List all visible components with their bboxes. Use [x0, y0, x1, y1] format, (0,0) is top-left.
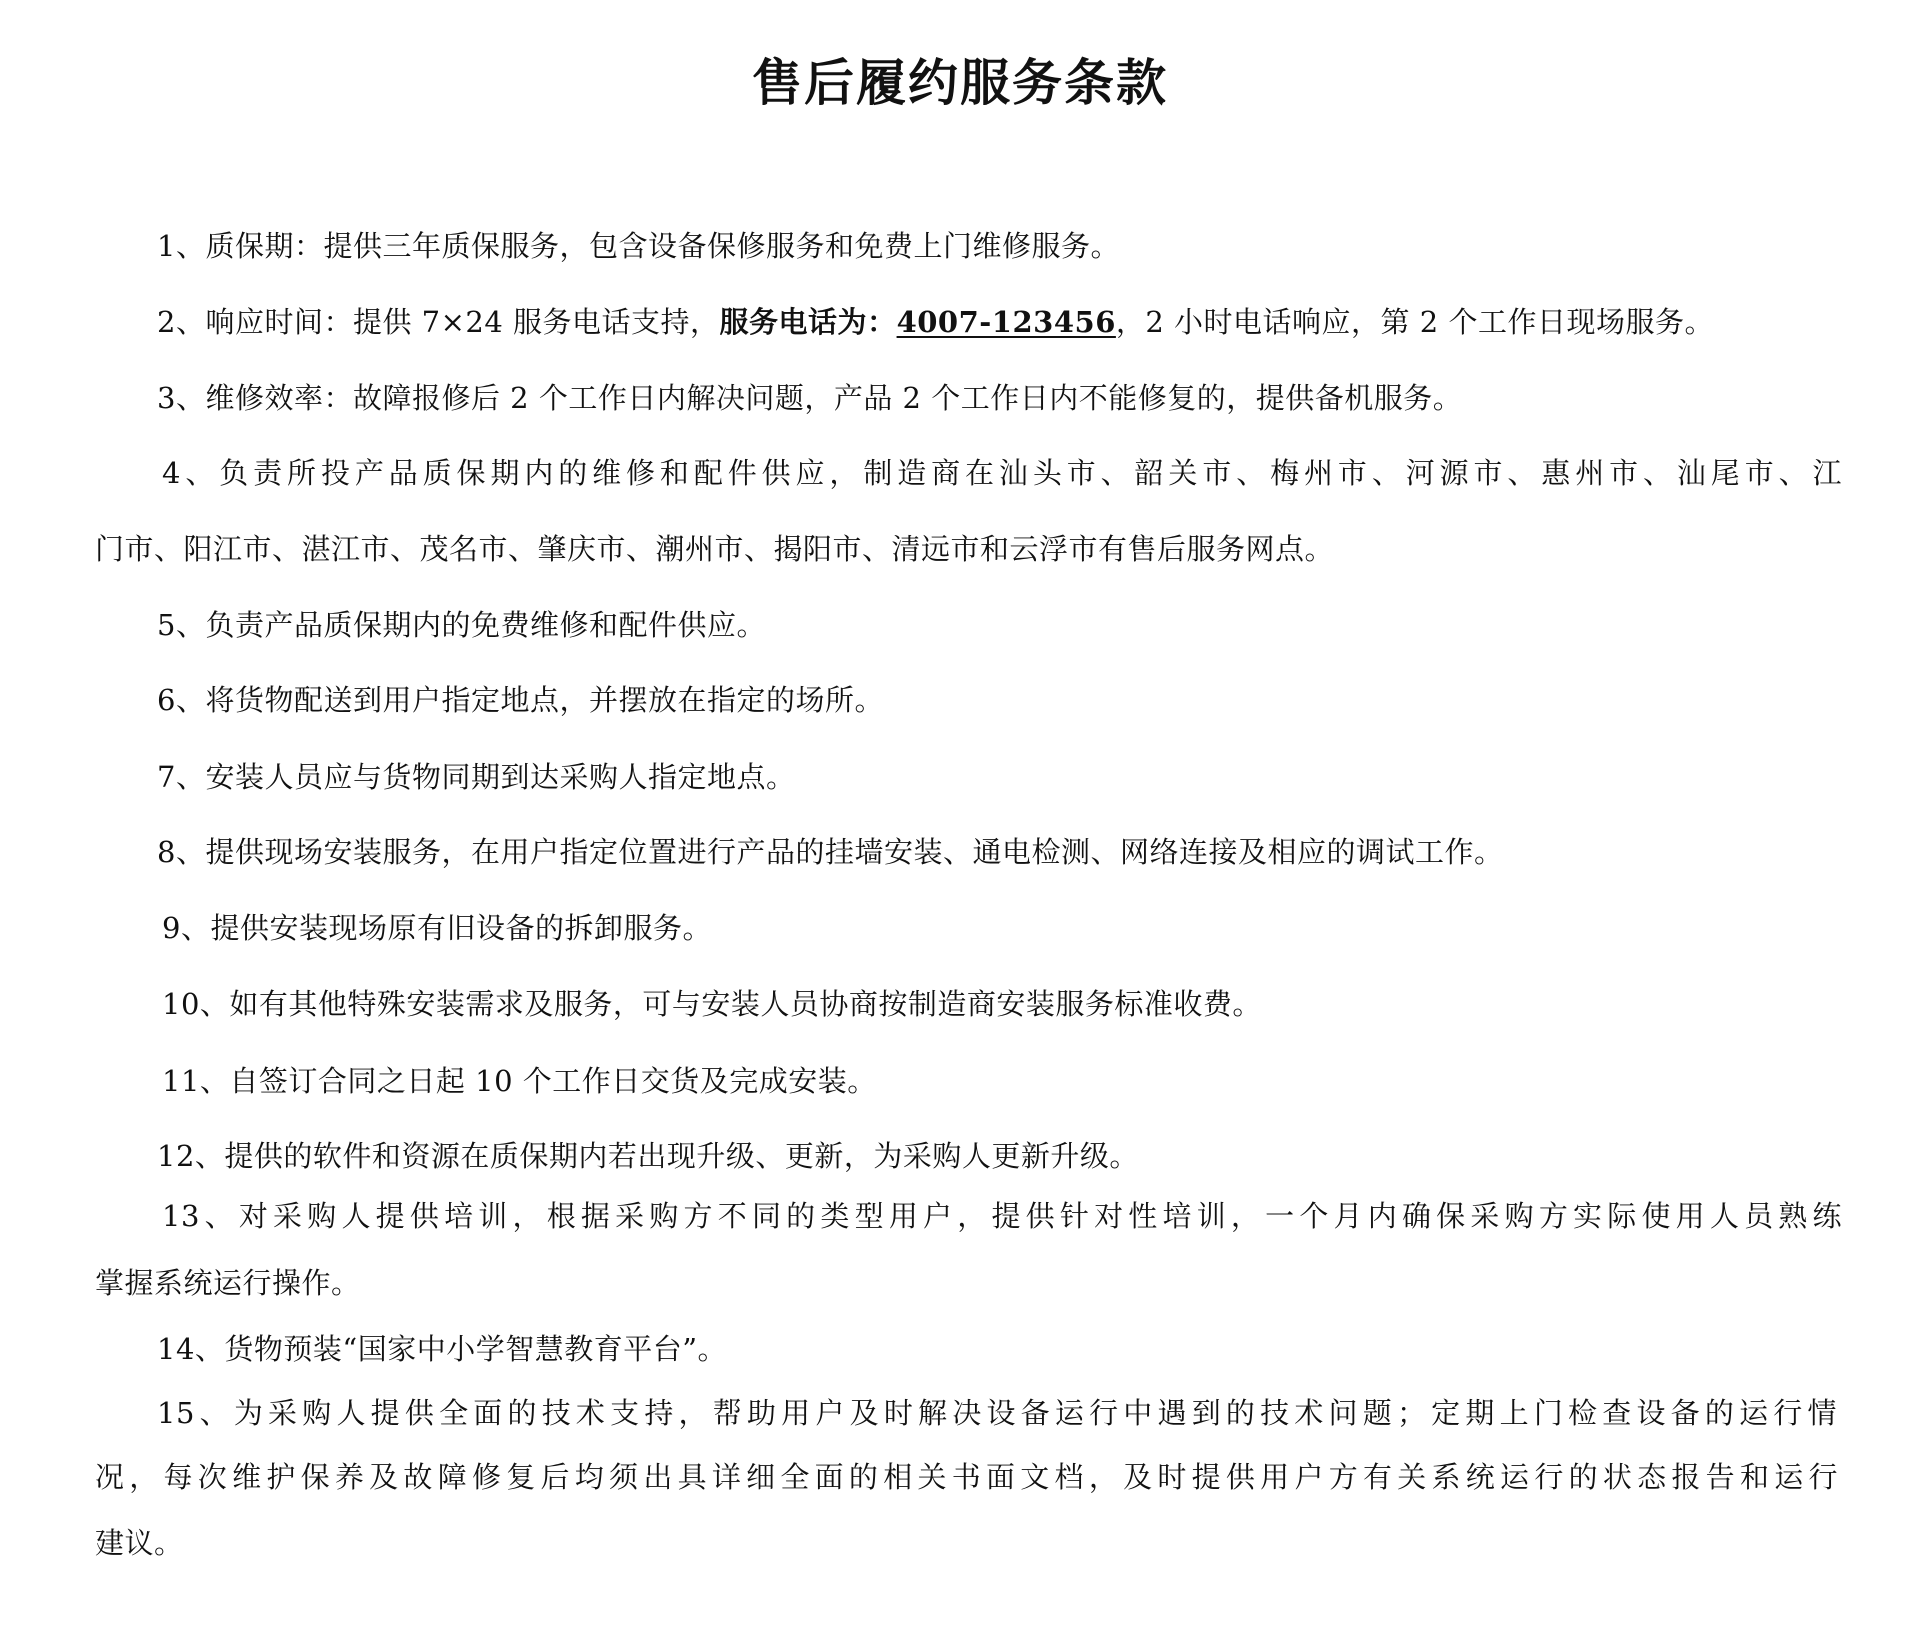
clause-2-text: 2、响应时间：提供 7×24 服务电话支持， — [157, 305, 720, 339]
clause-13-line-2: 掌握系统运行操作。 — [95, 1263, 361, 1303]
clause-4-line-1: 4、负责所投产品质保期内的维修和配件供应，制造商在汕头市、韶关市、梅州市、河源市… — [162, 453, 1842, 493]
clause-2-suffix: ，2 小时电话响应，第 2 个工作日现场服务。 — [1116, 305, 1714, 339]
document-title: 售后履约服务条款 — [0, 50, 1920, 116]
service-phone-number: 4007-123456 — [897, 305, 1116, 339]
clause-8: 8、提供现场安装服务，在用户指定位置进行产品的挂墙安装、通电检测、网络连接及相应… — [157, 832, 1503, 872]
clause-3: 3、维修效率：故障报修后 2 个工作日内解决问题，产品 2 个工作日内不能修复的… — [157, 378, 1462, 418]
clause-15-line-2: 况，每次维护保养及故障修复后均须出具详细全面的相关书面文档，及时提供用户方有关系… — [95, 1457, 1838, 1497]
clause-7: 7、安装人员应与货物同期到达采购人指定地点。 — [157, 757, 795, 797]
clause-12: 12、提供的软件和资源在质保期内若出现升级、更新，为采购人更新升级。 — [157, 1136, 1139, 1176]
clause-1: 1、质保期：提供三年质保服务，包含设备保修服务和免费上门维修服务。 — [157, 226, 1120, 266]
clause-6: 6、将货物配送到用户指定地点，并摆放在指定的场所。 — [157, 680, 884, 720]
clause-15-line-1: 15、为采购人提供全面的技术支持，帮助用户及时解决设备运行中遇到的技术问题；定期… — [157, 1393, 1837, 1433]
clause-9: 9、提供安装现场原有旧设备的拆卸服务。 — [162, 908, 712, 948]
clause-14: 14、货物预装“国家中小学智慧教育平台”。 — [157, 1329, 727, 1369]
clause-13-line-1: 13、对采购人提供培训，根据采购方不同的类型用户，提供针对性培训，一个月内确保采… — [162, 1196, 1842, 1236]
service-phone-label: 服务电话为： — [720, 305, 897, 339]
clause-5: 5、负责产品质保期内的免费维修和配件供应。 — [157, 605, 766, 645]
clause-4-line-2: 门市、阳江市、湛江市、茂名市、肇庆市、潮州市、揭阳市、清远市和云浮市有售后服务网… — [95, 529, 1334, 569]
clause-11: 11、自签订合同之日起 10 个工作日交货及完成安装。 — [162, 1061, 877, 1101]
clause-2: 2、响应时间：提供 7×24 服务电话支持，服务电话为：4007-123456，… — [157, 302, 1714, 342]
clause-15-line-3: 建议。 — [95, 1523, 184, 1563]
clause-10: 10、如有其他特殊安装需求及服务，可与安装人员协商按制造商安装服务标准收费。 — [162, 984, 1262, 1024]
